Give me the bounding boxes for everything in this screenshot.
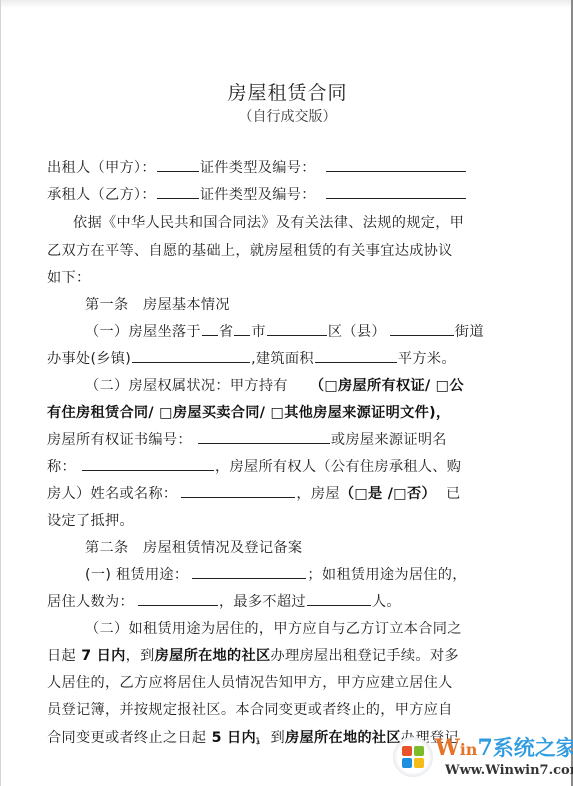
max-residents-label: ，最多不超过 [219, 594, 306, 610]
max-residents-blank [307, 591, 371, 606]
watermark-brand: Win7系统之家 [435, 736, 573, 762]
cert-no-label: 房屋所有权证书编号： [47, 432, 192, 448]
article2-heading: 第二条 房屋租赁情况及登记备案 [85, 537, 302, 557]
street-label: 街道 [455, 324, 484, 340]
five-days-bold: 5 日内 [206, 730, 256, 746]
article2-item2-line4: 员登记簿，并按规定报社区。本合同变更或者终止的，甲方应自 [47, 699, 453, 719]
lessee-id-blank [326, 184, 466, 199]
city-label: 市 [251, 324, 266, 340]
text-span: 办理房屋出租登记手续。对多 [271, 648, 459, 664]
source-name-blank [82, 456, 214, 471]
street-blank [390, 321, 454, 336]
purpose-blank [192, 564, 306, 579]
article2-item1-line1: (一) 租赁用途：；如租赁用途为居住的， [85, 564, 467, 584]
province-label: 省 [219, 324, 234, 340]
article1-item1-line1: （一）房屋坐落于省市区（县）街道 [85, 321, 484, 341]
document-title: 房屋租赁合同 [1, 78, 573, 105]
article1-item2-line4: 称：，房屋所有权人（公有住房承租人、购 [47, 456, 461, 476]
page-top-shadow [1, 0, 573, 8]
brand-cn: 系统之家 [493, 736, 573, 760]
lessor-name-blank [157, 157, 199, 172]
mortgage-options: （□是 /□否） [340, 486, 436, 502]
article2-item2-line3: 人居住的，乙方应将居住人员情况告知甲方，甲方应建立居住人 [47, 672, 453, 692]
lessor-id-label: 证件类型及编号： [200, 160, 316, 176]
document-subtitle: （自行成交版） [1, 106, 573, 126]
lessee-name-blank [157, 184, 199, 199]
community-bold: 房屋所在地的社区 [285, 730, 401, 746]
lessee-id-label: 证件类型及编号： [200, 187, 316, 203]
article2-item2-line2: 日起 7 日内，到房屋所在地的社区办理房屋出租登记手续。对多 [47, 645, 459, 665]
lessor-id-blank [326, 157, 466, 172]
lessor-label: 出租人（甲方）： [47, 160, 156, 176]
brand-in: in [460, 740, 478, 759]
watermark: Win7系统之家 Www.Winwin7.com [393, 730, 573, 786]
township-label: 办事处(乡镇) [47, 351, 131, 367]
residents-blank [138, 591, 218, 606]
source-label: 或房屋来源证明名 [331, 432, 447, 448]
owner-name-label: 房人）姓名或名称： [47, 486, 177, 502]
article1-heading: 第一条 房屋基本情况 [85, 294, 230, 314]
watermark-url: Www.Winwin7.com [445, 763, 573, 778]
owner-name-blank [181, 483, 295, 498]
cert-no-blank [198, 429, 330, 444]
seven-days-bold: 7 日内 [76, 648, 126, 664]
lessee-line: 承租人（乙方）：证件类型及编号： [47, 184, 467, 204]
article1-item2-line1: （二）房屋权属状况：甲方持有（□房屋所有权证/ □公 [85, 375, 464, 395]
district-blank [267, 321, 327, 336]
province-blank [202, 321, 218, 336]
intro-line-3: 如下： [47, 267, 90, 287]
purpose-suffix: ；如租赁用途为居住的， [307, 567, 466, 583]
ownership-options-2: 有住房租赁合同/ □房屋买卖合同/ □其他房屋来源证明文件)， [47, 405, 450, 421]
residents-label: 居住人数为： [47, 594, 134, 610]
page-number: 1 [255, 737, 261, 747]
text-span: 日起 [47, 648, 76, 664]
purpose-label: (一) 租赁用途： [85, 567, 188, 583]
owner-label: ，房屋所有权人（公有住房承租人、购 [215, 459, 461, 475]
article2-item1-line2: 居住人数为：，最多不超过人。 [47, 591, 401, 611]
mortgage-suffix: 已 [446, 486, 461, 502]
district-label: 区（县） [328, 324, 386, 340]
persons-unit: 人。 [372, 594, 401, 610]
article1-item1-line2: 办事处(乡镇),建筑面积平方米。 [47, 348, 456, 368]
ownership-prefix: （二）房屋权属状况：甲方持有 [85, 378, 288, 394]
intro-line-2: 乙双方在平等、自愿的基础上，就房屋租赁的有关事宜达成协议 [47, 240, 453, 260]
mortgage-prefix: ，房屋 [296, 486, 339, 502]
article1-item2-line5: 房人）姓名或名称：，房屋（□是 /□否）已 [47, 483, 460, 503]
article1-item2-line2: 有住房租赁合同/ □房屋买卖合同/ □其他房屋来源证明文件)， [47, 402, 450, 422]
city-blank [234, 321, 250, 336]
area-label: ,建筑面积 [251, 351, 314, 367]
text-span: 合同变更或者终止之日起 [47, 730, 206, 746]
intro-line-1: 依据《中华人民共和国合同法》及有关法律、法规的规定，甲 [73, 212, 464, 232]
ownership-options-1: （□房屋所有权证/ □公 [310, 378, 464, 394]
text-span: ，到 [126, 648, 155, 664]
article1-item2-line6: 设定了抵押。 [47, 510, 134, 530]
brand-w: W [435, 735, 460, 761]
location-prefix: （一）房屋坐落于 [85, 324, 201, 340]
source-name-label: 称： [47, 459, 76, 475]
township-blank [132, 348, 250, 363]
article1-item2-line3: 房屋所有权证书编号：或房屋来源证明名 [47, 429, 447, 449]
community-bold: 房屋所在地的社区 [155, 648, 271, 664]
article2-item2-line1: （二）如租赁用途为居住的，甲方应自与乙方订立本合同之 [85, 618, 462, 638]
windows-logo-icon [393, 737, 433, 777]
lessee-label: 承租人（乙方）： [47, 187, 156, 203]
document-page: 房屋租赁合同 （自行成交版） 出租人（甲方）：证件类型及编号： 承租人（乙方）：… [0, 0, 573, 786]
area-unit: 平方米。 [398, 351, 456, 367]
brand-7: 7 [477, 735, 492, 761]
lessor-line: 出租人（甲方）：证件类型及编号： [47, 157, 467, 177]
area-blank [315, 348, 397, 363]
